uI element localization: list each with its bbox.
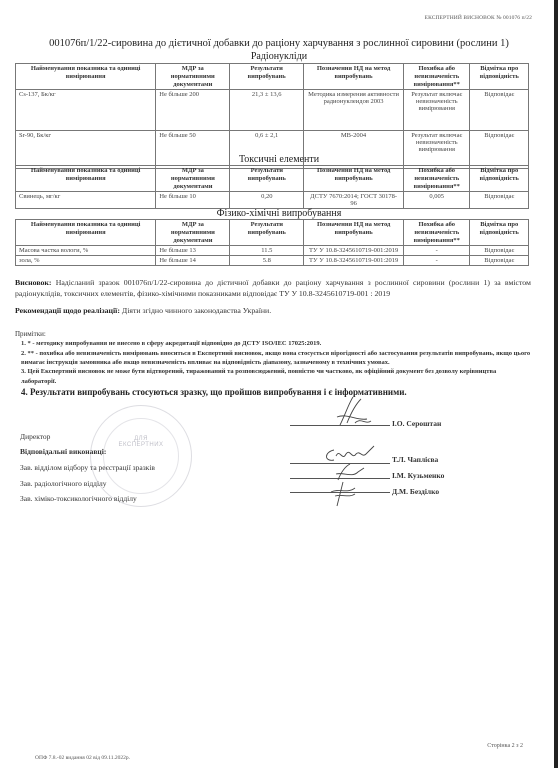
table-header-row: Найменування показника та одиниці вимірю… bbox=[16, 220, 529, 246]
cell-method: Методика измерения активности радионукле… bbox=[304, 90, 404, 131]
table-header-row: Найменування показника та одиниці вимірю… bbox=[16, 166, 529, 192]
note-3: 3. Цей Експертний висновок не може бути … bbox=[15, 367, 531, 386]
recommendation-text: Діяти згідно чинного законодавства Украї… bbox=[122, 306, 271, 315]
cell-mdr: Не більше 14 bbox=[156, 256, 230, 266]
cell-indicator: Cs-137, Бк/кг bbox=[16, 90, 156, 131]
col-header-results: Результати випробувань bbox=[230, 220, 304, 246]
cell-result: 5.8 bbox=[230, 256, 304, 266]
cell-indicator: зола, % bbox=[16, 256, 156, 266]
cell-uncertainty: - bbox=[404, 256, 470, 266]
director-label: Директор bbox=[20, 432, 50, 441]
recommendation-label: Рекомендації щодо реалізації: bbox=[15, 306, 120, 315]
cell-compliance: Відповідає bbox=[470, 246, 529, 256]
table-row: Масова частка вологи, % Не більше 13 11.… bbox=[16, 246, 529, 256]
section-title-physchem: Фізико-хімічні випробування bbox=[0, 208, 558, 219]
cell-method: ДСТУ 7670:2014; ГОСТ 30178-96 bbox=[304, 192, 404, 209]
role-toxicology: Зав. хіміко-токсикологічного відділу bbox=[20, 494, 137, 503]
col-header-results: Результати випробувань bbox=[230, 64, 304, 90]
cell-compliance: Відповідає bbox=[470, 90, 529, 131]
col-header-mdr: МДР за нормативними документами bbox=[156, 166, 230, 192]
cell-result: 11.5 bbox=[230, 246, 304, 256]
col-header-indicator: Найменування показника та одиниці вимірю… bbox=[16, 220, 156, 246]
cell-compliance: Відповідає bbox=[470, 256, 529, 266]
col-header-indicator: Найменування показника та одиниці вимірю… bbox=[16, 64, 156, 90]
conclusion: Висновок: Надісланий зразок 001076п/1/22… bbox=[15, 277, 531, 300]
cell-indicator: Свинець, мг/кг bbox=[16, 192, 156, 209]
col-header-method: Позначення НД на метод випробувань bbox=[304, 64, 404, 90]
director-name: І.О. Сероштан bbox=[392, 419, 441, 428]
col-header-results: Результати випробувань bbox=[230, 166, 304, 192]
cell-uncertainty: Результат включає невизначеність вимірюв… bbox=[404, 90, 470, 131]
signature-3 bbox=[325, 478, 365, 508]
conclusion-text: Надісланий зразок 001076п/1/22-сировина … bbox=[15, 278, 531, 298]
stamp-text: ДЛЯ ЕКСПЕРТНИХ bbox=[111, 436, 171, 448]
form-code: ОПФ 7.8.-02 видання 02 від 09.11.2022р. bbox=[35, 755, 130, 761]
cell-method: ТУ У 10.8-3245610719-001:2019 bbox=[304, 256, 404, 266]
cell-compliance: Відповідає bbox=[470, 192, 529, 209]
official-stamp: ДЛЯ ЕКСПЕРТНИХ bbox=[90, 405, 192, 507]
name-3: Д.М. Безділко bbox=[392, 487, 439, 496]
table-physchem: Найменування показника та одиниці вимірю… bbox=[15, 219, 529, 266]
col-header-compliance: Відмітка про відповідність bbox=[470, 166, 529, 192]
col-header-method: Позначення НД на метод випробувань bbox=[304, 220, 404, 246]
col-header-uncertainty: Похибка або невизначеність вимірювання** bbox=[404, 166, 470, 192]
table-header-row: Найменування показника та одиниці вимірю… bbox=[16, 64, 529, 90]
role-registration: Зав. відділом відбору та реєстрації зраз… bbox=[20, 463, 155, 472]
table-row: Cs-137, Бк/кг Не більше 200 21,3 ± 13,6 … bbox=[16, 90, 529, 131]
table-toxic: Найменування показника та одиниці вимірю… bbox=[15, 165, 529, 209]
section-title-radionuclides: Радіонукліди bbox=[0, 51, 558, 62]
scan-edge bbox=[554, 0, 558, 768]
role-radiology: Зав. радіологічного відділу bbox=[20, 479, 107, 488]
table-row: Свинець, мг/кг Не більше 10 0,20 ДСТУ 76… bbox=[16, 192, 529, 209]
note-1: 1. * - методику випробування не внесено … bbox=[15, 339, 531, 348]
col-header-compliance: Відмітка про відповідність bbox=[470, 220, 529, 246]
col-header-compliance: Відмітка про відповідність bbox=[470, 64, 529, 90]
cell-mdr: Не більше 13 bbox=[156, 246, 230, 256]
col-header-uncertainty: Похибка або невизначеність вимірювання** bbox=[404, 220, 470, 246]
name-2: І.М. Кузьменко bbox=[392, 471, 444, 480]
cell-uncertainty: 0,005 bbox=[404, 192, 470, 209]
cell-indicator: Масова частка вологи, % bbox=[16, 246, 156, 256]
note-2: 2. ** - похибка або невизначеність вимір… bbox=[15, 349, 531, 368]
responsible-label: Відповідальні виконавці: bbox=[20, 447, 106, 456]
col-header-method: Позначення НД на метод випробувань bbox=[304, 166, 404, 192]
name-1: Т.Л. Чаплієва bbox=[392, 455, 438, 464]
conclusion-label: Висновок: bbox=[15, 278, 52, 287]
col-header-mdr: МДР за нормативними документами bbox=[156, 220, 230, 246]
director-signature bbox=[335, 395, 375, 430]
col-header-mdr: МДР за нормативними документами bbox=[156, 64, 230, 90]
recommendation: Рекомендації щодо реалізації: Діяти згід… bbox=[15, 305, 531, 316]
stamp-inner-ring bbox=[103, 418, 179, 494]
cell-result: 0,20 bbox=[230, 192, 304, 209]
document-title: 001076п/1/22-сировина до дієтичної добав… bbox=[0, 38, 558, 49]
cell-mdr: Не більше 200 bbox=[156, 90, 230, 131]
notes-label: Примітки: bbox=[15, 329, 531, 339]
cell-method: ТУ У 10.8-3245610719-001:2019 bbox=[304, 246, 404, 256]
page-number: Сторінка 2 з 2 bbox=[487, 743, 523, 749]
cell-mdr: Не більше 10 bbox=[156, 192, 230, 209]
section-title-toxic: Токсичні елементи bbox=[0, 154, 558, 165]
note-4: 4. Результати випробувань стосуються зра… bbox=[15, 386, 531, 399]
cell-uncertainty: - bbox=[404, 246, 470, 256]
table-row: зола, % Не більше 14 5.8 ТУ У 10.8-32456… bbox=[16, 256, 529, 266]
notes: Примітки: 1. * - методику випробування н… bbox=[15, 329, 531, 399]
col-header-indicator: Найменування показника та одиниці вимірю… bbox=[16, 166, 156, 192]
document-header: ЕКСПЕРТНИЙ ВИСНОВОК № 001076 п/22 bbox=[425, 15, 532, 21]
cell-result: 21,3 ± 13,6 bbox=[230, 90, 304, 131]
col-header-uncertainty: Похибка або невизначеність вимірювання** bbox=[404, 64, 470, 90]
